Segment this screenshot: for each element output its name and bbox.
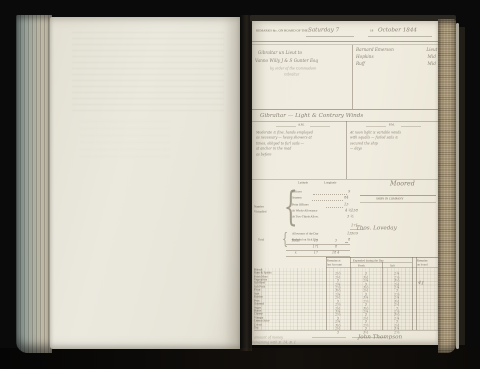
dotted-leader xyxy=(313,191,348,195)
victualled-row-label-text: Officers xyxy=(292,191,302,194)
victualled-row: Petty Officers13 xyxy=(292,201,352,207)
muster-name: Barnard Emerson xyxy=(356,48,394,53)
victualled-row-label: Seamen xyxy=(292,195,311,201)
victualled-row-label-text: Allowance of the Day xyxy=(292,233,318,236)
victualled-row: At Two-Thirds Allow.3 ½ xyxy=(292,214,352,220)
company-box-label: SHIPS IN COMPANY xyxy=(376,196,431,202)
left-page-fore-edge xyxy=(16,15,52,353)
log-keeper-signature: John Thompson xyxy=(358,332,421,341)
provision-row: Tea33½2⅞ xyxy=(254,326,438,329)
victualled-rows: Officers9Seamen84Petty Officers13At Whol… xyxy=(292,189,352,220)
victualled-row-label: At Two-Thirds Allow. xyxy=(292,214,345,220)
provision-mark: 3 xyxy=(337,330,339,334)
mini-cell-text: 18 4 xyxy=(332,251,339,255)
victualled-row-value-text: 3 ½ xyxy=(347,214,354,218)
mini-cell-text: 3 xyxy=(335,239,337,243)
printed-year-prefix: 18 xyxy=(370,28,376,34)
victualled-row-label-text: At Whole Allowance xyxy=(292,209,317,212)
mini-cell-text: 13 xyxy=(314,239,318,243)
right-pages-fore-edge xyxy=(438,19,456,353)
mini-cell-text: x xyxy=(295,251,297,255)
header-rule-2 xyxy=(252,44,438,45)
log-line-text: — days xyxy=(350,147,362,151)
company-box-rule-bottom xyxy=(360,202,436,203)
header-underline xyxy=(306,36,354,37)
mini-cell-text: 171 xyxy=(313,245,319,249)
muster-left-line: Vanno Willy J & S Gunter Esq xyxy=(255,57,360,65)
handwritten-day: Saturday 7 xyxy=(308,25,352,34)
muster-left-line: Gibraltar xyxy=(284,71,312,78)
ink-bleed-smudge xyxy=(80,117,170,157)
muster-rank: Lieut xyxy=(426,48,437,53)
date-underline xyxy=(368,36,432,37)
handwritten-date: October 1844 xyxy=(378,25,434,34)
right-page-ledger-form: REMARKS &c. ON BOARD OF THE Saturday 7 1… xyxy=(252,21,438,345)
log-column-divider xyxy=(346,121,347,179)
mini-cell-text: Total xyxy=(292,239,300,243)
provision-label: Tea xyxy=(254,325,326,331)
book-gutter xyxy=(240,15,252,351)
handwritten-flourish: Moored xyxy=(390,179,425,189)
muster-rank: Mid xyxy=(428,62,436,67)
provision-label-text: Flour xyxy=(254,289,261,292)
ink-bleed-through xyxy=(72,27,224,111)
muster-column-divider xyxy=(352,45,353,109)
mini-cell: 17 xyxy=(306,249,326,256)
provision-label-text: Rum & Spirits xyxy=(254,272,272,275)
section-rule xyxy=(252,109,438,110)
victualled-row-label-text: At Two-Thirds Allow. xyxy=(292,215,318,218)
victualled-row: Officers9 xyxy=(292,189,352,195)
victualled-row-value-text: 13 xyxy=(344,202,349,206)
mini-cell: x xyxy=(286,249,306,256)
purser-signature: Thos. Loveday xyxy=(356,223,414,232)
prov-rows: Biscuit2⅓32¾Rum & Spirits2½3½2⅞Fresh Mea… xyxy=(254,268,438,330)
pm-header-rule2 xyxy=(401,126,421,127)
provision-label-text: Cheese xyxy=(254,313,263,316)
longitude-label: Longitude xyxy=(324,180,349,186)
victualled-row-label-text: Seamen xyxy=(292,197,302,200)
victualled-mini-table: Total1331718x1718 4 xyxy=(286,239,350,257)
muster-left-line: by order of the Commodore xyxy=(270,65,354,72)
muster-left-line: Gibraltar un Lieut to xyxy=(258,49,331,57)
victualled-row: Seamen84 xyxy=(292,195,352,201)
provision-label-text: Oatmeal xyxy=(254,303,264,306)
muster-entry: HopkinsMid xyxy=(356,54,436,61)
muster-right-entries: Barnard EmersonLieutHopkinsMidRuffMid xyxy=(356,47,436,68)
victualled-label-2: Victualled xyxy=(254,209,279,215)
provision-label-text: Tea xyxy=(254,327,258,330)
footer-rule-1 xyxy=(312,337,346,338)
victualled-row-label: Petty Officers xyxy=(292,202,325,208)
log-line: — days xyxy=(350,145,436,150)
muster-rank: Mid xyxy=(428,55,436,60)
am-header-rule xyxy=(276,126,296,127)
am-header-rule2 xyxy=(310,126,330,127)
mini-cell-text: 17 xyxy=(314,251,318,255)
latitude-label: Latitude xyxy=(298,180,318,186)
total-label: Total xyxy=(258,237,270,243)
victualled-row-value-text: 84 xyxy=(344,196,349,200)
victualled-row-label: Officers xyxy=(292,189,312,195)
am-log-lines: Moderate & fine, hands employedas necess… xyxy=(256,129,344,156)
muster-entry: RuffMid xyxy=(356,61,436,68)
am-header: A.M. xyxy=(298,122,311,128)
footer-left-line2: remaining with E. 14. B. 1 xyxy=(252,339,332,346)
provision-label-text: Raisins xyxy=(254,296,263,299)
provision-label-text: Lemon Juice xyxy=(254,320,269,323)
victualled-result: 138 xyxy=(351,207,362,214)
header-rule xyxy=(252,41,438,42)
muster-name: Ruff xyxy=(356,62,365,67)
log-line: as before xyxy=(256,151,344,156)
back-cover-edge xyxy=(459,27,465,345)
log-line-text: as before xyxy=(256,152,272,156)
table-surface-shadow xyxy=(0,348,480,369)
margin-note: 41 xyxy=(417,278,427,287)
handwritten-remark: Gibraltar — Light & Contrary Winds xyxy=(260,111,408,120)
victualled-row-label: At Whole Allowance xyxy=(292,208,343,214)
pm-header-rule xyxy=(366,126,386,127)
mini-cell: 18 4 xyxy=(326,249,346,256)
pm-log-lines: At noon light & variable windswith squal… xyxy=(350,129,436,151)
left-page xyxy=(50,17,240,349)
victualled-row-label-text: Petty Officers xyxy=(292,203,309,206)
muster-name: Hopkins xyxy=(356,55,374,60)
photo-of-open-ledger-book: REMARKS &c. ON BOARD OF THE Saturday 7 1… xyxy=(0,0,480,369)
mini-cell-text: 8 xyxy=(335,245,337,249)
log-top-rule xyxy=(252,121,438,122)
pm-header: P.M. xyxy=(389,122,400,128)
muster-entry: Barnard EmersonLieut xyxy=(356,47,436,54)
victualled-row-value-text: 9 xyxy=(348,190,350,194)
